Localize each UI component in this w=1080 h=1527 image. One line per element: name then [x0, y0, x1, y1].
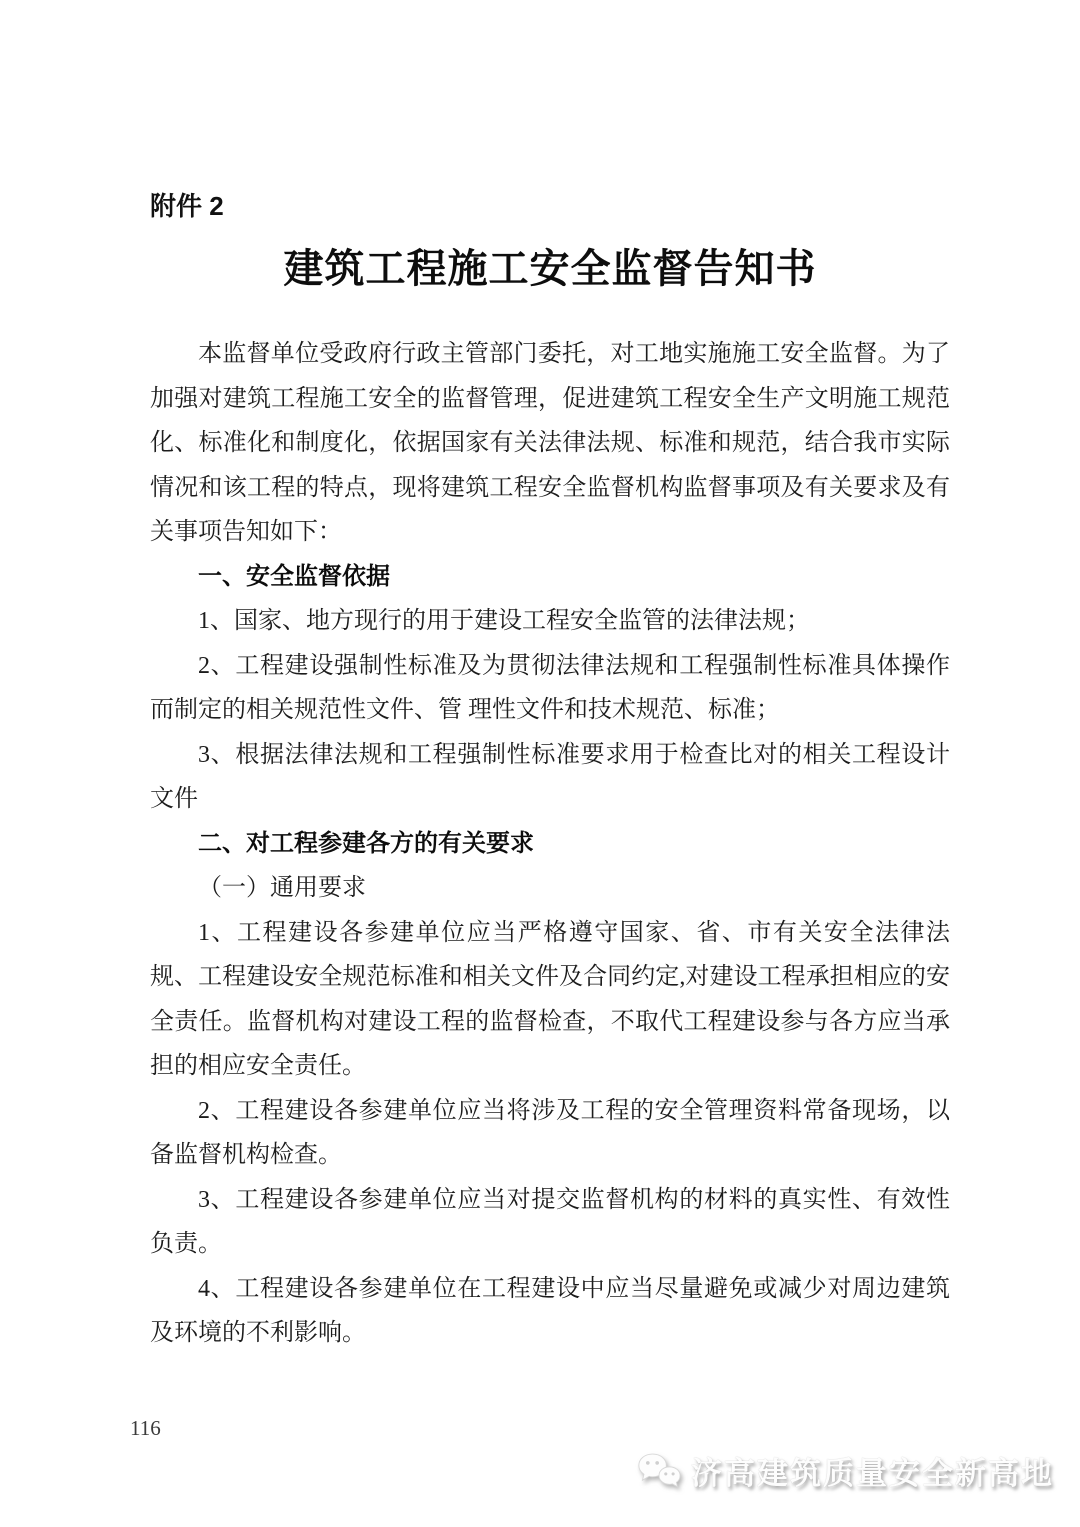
paragraph: 1、工程建设各参建单位应当严格遵守国家、省、市有关安全法律法规、工程建设安全规范… [150, 911, 950, 1089]
document-body: 本监督单位受政府行政主管部门委托，对工地实施施工安全监督。为了加强对建筑工程施工… [150, 332, 950, 1356]
paragraph: 2、工程建设强制性标准及为贯彻法律法规和工程强制性标准具体操作而制定的相关规范性… [150, 644, 950, 733]
document-page: 附件 2 建筑工程施工安全监督告知书 本监督单位受政府行政主管部门委托，对工地实… [0, 0, 1080, 1527]
document-content: 附件 2 建筑工程施工安全监督告知书 本监督单位受政府行政主管部门委托，对工地实… [150, 186, 950, 1356]
paragraph: 本监督单位受政府行政主管部门委托，对工地实施施工安全监督。为了加强对建筑工程施工… [150, 332, 950, 555]
section-heading: 一、安全监督依据 [150, 555, 950, 600]
page-number: 116 [130, 1416, 161, 1441]
sub-heading: （一）通用要求 [150, 866, 950, 911]
watermark: 济高建筑质量安全新高地 [637, 1448, 1054, 1493]
attachment-label: 附件 2 [150, 186, 950, 223]
wechat-icon [637, 1451, 681, 1491]
paragraph: 3、根据法律法规和工程强制性标准要求用于检查比对的相关工程设计文件 [150, 733, 950, 822]
paragraph: 4、工程建设各参建单位在工程建设中应当尽量避免或减少对周边建筑及环境的不利影响。 [150, 1267, 950, 1356]
paragraph: 1、国家、地方现行的用于建设工程安全监管的法律法规； [150, 599, 950, 644]
paragraph: 3、工程建设各参建单位应当对提交监督机构的材料的真实性、有效性负责。 [150, 1178, 950, 1267]
document-title: 建筑工程施工安全监督告知书 [150, 237, 950, 294]
watermark-text: 济高建筑质量安全新高地 [691, 1448, 1054, 1493]
section-heading: 二、对工程参建各方的有关要求 [150, 822, 950, 867]
paragraph: 2、工程建设各参建单位应当将涉及工程的安全管理资料常备现场，以备监督机构检查。 [150, 1089, 950, 1178]
